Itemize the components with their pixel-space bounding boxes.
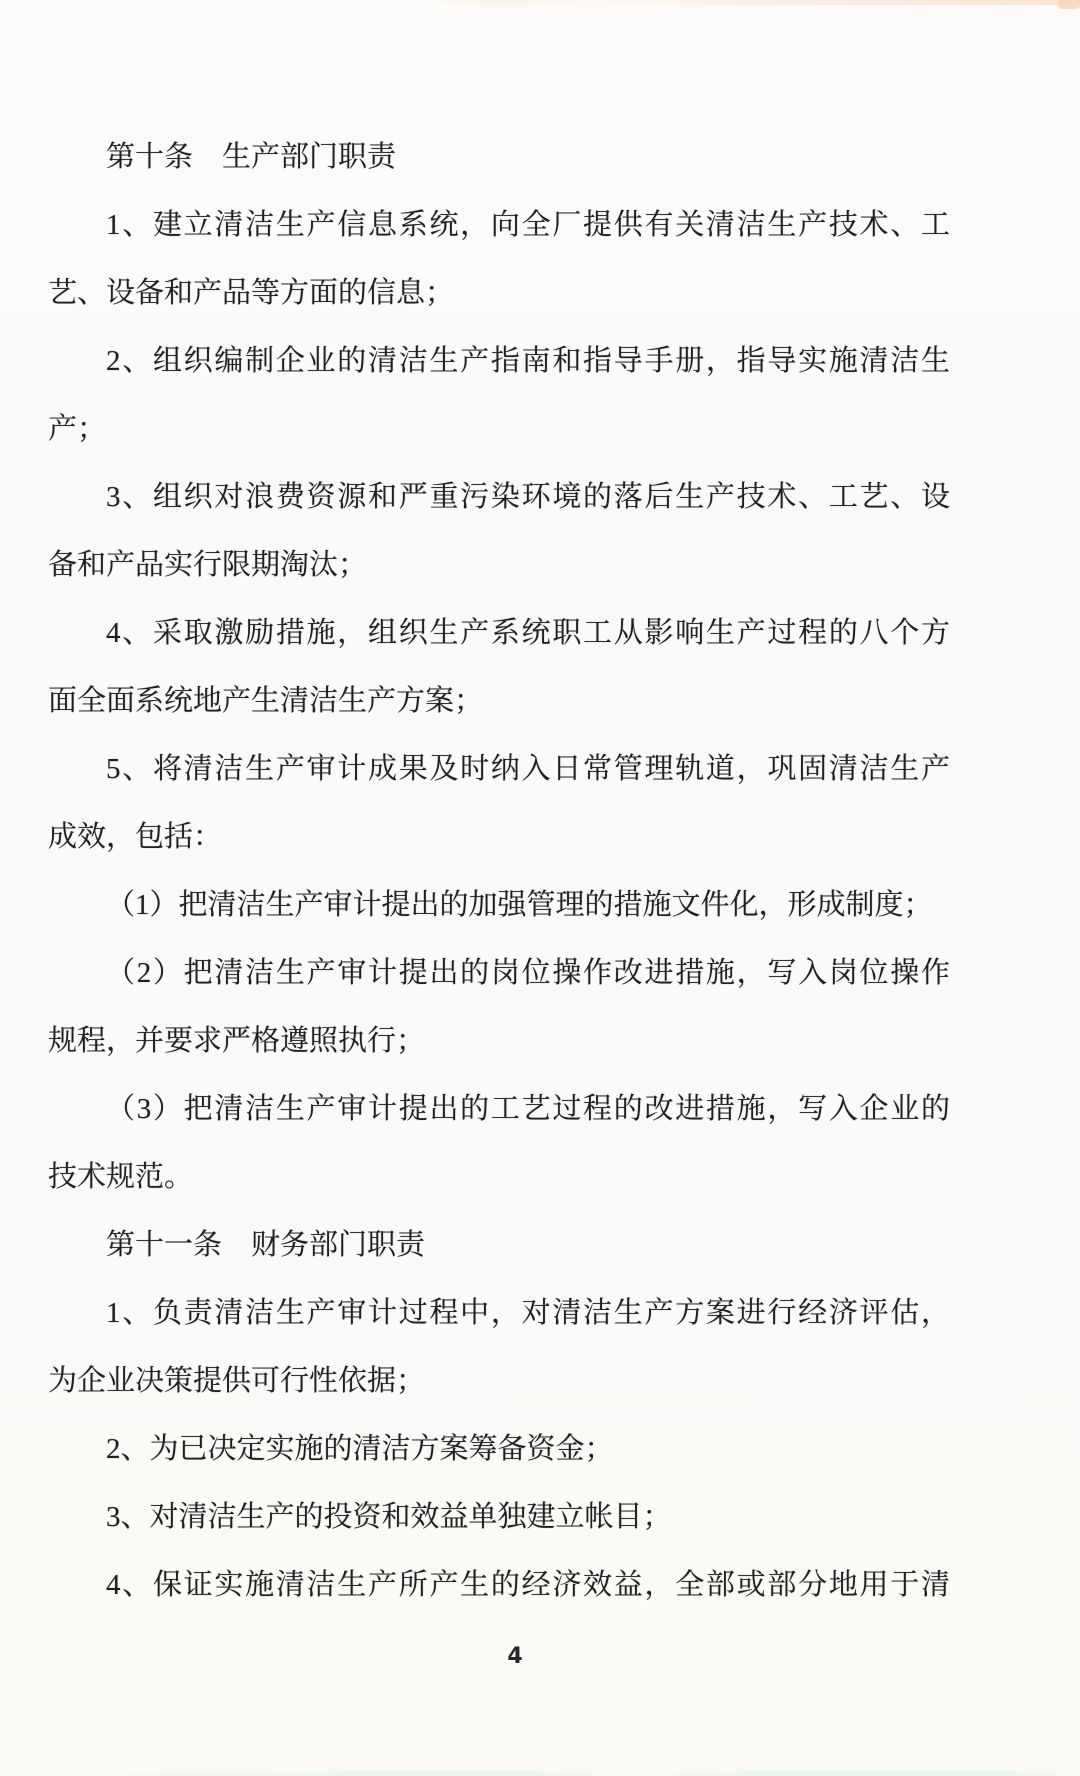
a11-item2: 2、为已决定实施的清洁方案筹备资金； [48,1415,950,1483]
a10-item1-line2: 艺、设备和产品等方面的信息； [48,259,950,327]
scanned-document-page: 第十条 生产部门职责 1、建立清洁生产信息系统，向全厂提供有关清洁生产技术、工 … [0,0,1080,1776]
a11-item3: 3、对清洁生产的投资和效益单独建立帐目； [48,1483,950,1551]
document-body: 第十条 生产部门职责 1、建立清洁生产信息系统，向全厂提供有关清洁生产技术、工 … [48,123,950,1619]
scan-artifact-top-smudge [420,0,590,6]
scan-artifact-top-edge [540,0,1080,5]
a10-item5-line2: 成效，包括： [48,803,950,871]
article-10-heading: 第十条 生产部门职责 [48,123,950,191]
scan-artifact-top-right-corner [1058,0,1080,9]
a11-item4-line1: 4、保证实施清洁生产所产生的经济效益，全部或部分地用于清 [48,1551,950,1619]
a10-item3-line2: 备和产品实行限期淘汰； [48,531,950,599]
article-11-heading: 第十一条 财务部门职责 [48,1211,950,1279]
a10-item5-sub2-line2: 规程，并要求严格遵照执行； [48,1007,950,1075]
a10-item2-line1: 2、组织编制企业的清洁生产指南和指导手册，指导实施清洁生 [48,327,950,395]
page-number: 4 [0,1640,1030,1674]
a10-item2-line2: 产； [48,395,950,463]
a11-item1-line2: 为企业决策提供可行性依据； [48,1347,950,1415]
a10-item5-sub2-line1: （2）把清洁生产审计提出的岗位操作改进措施，写入岗位操作 [48,939,950,1007]
a10-item5-sub3-line1: （3）把清洁生产审计提出的工艺过程的改进措施，写入企业的 [48,1075,950,1143]
a10-item4-line1: 4、采取激励措施，组织生产系统职工从影响生产过程的八个方 [48,599,950,667]
a10-item5-line1: 5、将清洁生产审计成果及时纳入日常管理轨道，巩固清洁生产 [48,735,950,803]
a11-item1-line1: 1、负责清洁生产审计过程中，对清洁生产方案进行经济评估， [48,1279,950,1347]
a10-item5-sub1: （1）把清洁生产审计提出的加强管理的措施文件化，形成制度； [48,871,950,939]
a10-item1-line1: 1、建立清洁生产信息系统，向全厂提供有关清洁生产技术、工 [48,191,950,259]
scan-artifact-bottom-edge [0,1771,1080,1776]
a10-item4-line2: 面全面系统地产生清洁生产方案； [48,667,950,735]
a10-item3-line1: 3、组织对浪费资源和严重污染环境的落后生产技术、工艺、设 [48,463,950,531]
a10-item5-sub3-line2: 技术规范。 [48,1143,950,1211]
